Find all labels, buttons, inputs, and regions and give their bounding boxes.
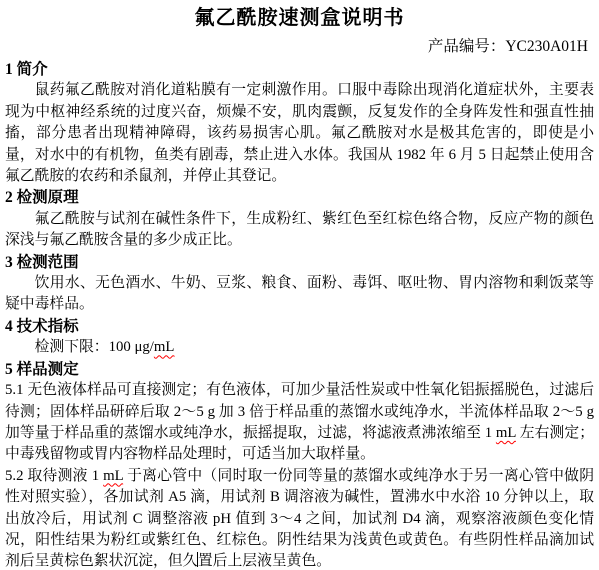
spellcheck-wavy-underline: mL	[496, 425, 516, 441]
document-title: 氟乙酰胺速测盒说明书	[5, 2, 594, 34]
section-detection-scope: 3 检测范围 饮用水、无色酒水、牛奶、豆浆、粮食、面粉、毒饵、呕吐物、胃内溶物和…	[5, 252, 594, 316]
section-heading-detection-scope: 3 检测范围	[5, 252, 594, 273]
paragraph-detection-limit: 检测下限：100 μg/mL	[5, 337, 594, 358]
paragraph-step-5-1: 5.1 无色液体样品可直接测定；有色液体，可加少量活性炭或中性氧化铝振摇脱色，过…	[5, 380, 594, 466]
section-heading-sample-determination: 5 样品测定	[5, 359, 594, 380]
section-technical-specs: 4 技术指标 检测下限：100 μg/mL	[5, 316, 594, 359]
text-run: 氟乙酰胺与试剂在碱性条件下，生成粉红、紫红色至红棕色络合物，反应产物的颜色深浅与…	[5, 211, 594, 248]
product-number-value: YC230A01H	[505, 38, 588, 55]
product-number-line: 产品编号：YC230A01H	[5, 34, 594, 59]
section-heading-intro: 1 简介	[5, 59, 594, 80]
text-run: 检测下限：100 μg/	[35, 339, 154, 355]
product-number-label: 产品编号：	[428, 38, 506, 55]
section-heading-detection-principle: 2 检测原理	[5, 187, 594, 208]
section-detection-principle: 2 检测原理 氟乙酰胺与试剂在碱性条件下，生成粉红、紫红色至红棕色络合物，反应产…	[5, 187, 594, 251]
document-page: 氟乙酰胺速测盒说明书 产品编号：YC230A01H 1 简介 鼠药氟乙酰胺对消化…	[0, 0, 599, 570]
spellcheck-wavy-underline: mL	[103, 468, 123, 484]
paragraph: 饮用水、无色酒水、牛奶、豆浆、粮食、面粉、毒饵、呕吐物、胃内溶物和剩饭菜等疑中毒…	[5, 273, 594, 316]
paragraph: 鼠药氟乙酰胺对消化道粘膜有一定刺激作用。口服中毒除出现消化道症状外，主要表现为中…	[5, 80, 594, 187]
text-run: 饮用水、无色酒水、牛奶、豆浆、粮食、面粉、毒饵、呕吐物、胃内溶物和剩饭菜等疑中毒…	[5, 275, 594, 312]
text-run: 鼠药氟乙酰胺对消化道粘膜有一定刺激作用。口服中毒除出现消化道症状外，主要表现为中…	[5, 82, 594, 184]
spellcheck-wavy-underline: mL	[154, 339, 175, 355]
section-intro: 1 简介 鼠药氟乙酰胺对消化道粘膜有一定刺激作用。口服中毒除出现消化道症状外，主…	[5, 59, 594, 187]
paragraph: 氟乙酰胺与试剂在碱性条件下，生成粉红、紫红色至红棕色络合物，反应产物的颜色深浅与…	[5, 209, 594, 252]
text-run: 5.2 取待测液 1	[5, 468, 103, 484]
text-run: 置后上层液呈黄色。	[198, 553, 331, 569]
section-heading-technical-specs: 4 技术指标	[5, 316, 594, 337]
section-sample-determination: 5 样品测定 5.1 无色液体样品可直接测定；有色液体，可加少量活性炭或中性氧化…	[5, 359, 594, 570]
paragraph-step-5-2: 5.2 取待测液 1 mL 于离心管中（同时取一份同等量的蒸馏水或纯净水于另一离…	[5, 466, 594, 570]
